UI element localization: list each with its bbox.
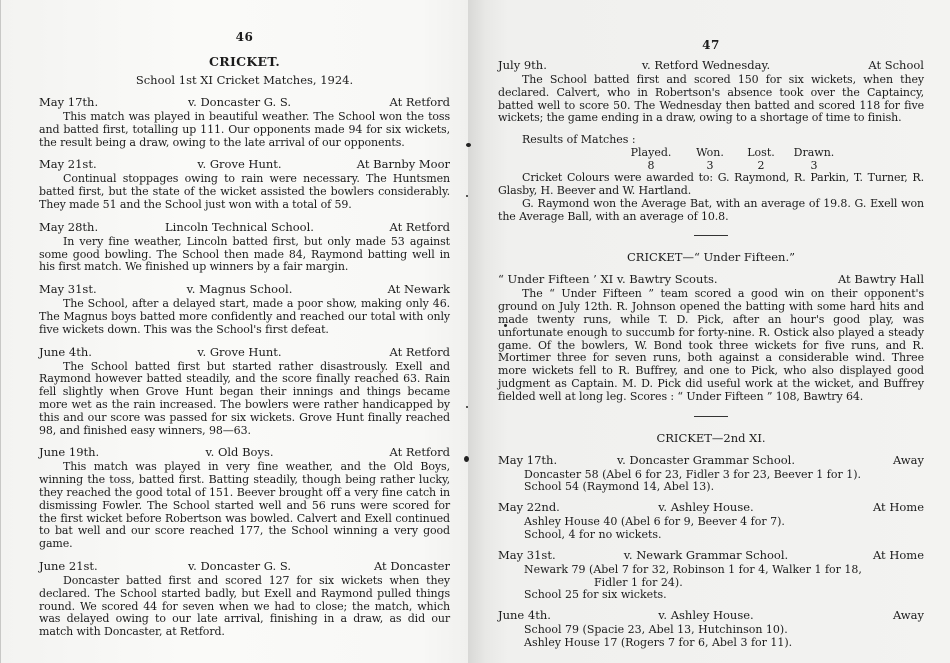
match-date: May 22nd.: [498, 500, 608, 514]
match-venue: At Doncaster: [330, 559, 450, 573]
page-subheading: School 1st XI Cricket Matches, 1924.: [39, 73, 450, 87]
match-venue: At Retford: [330, 345, 450, 359]
match-venue: At Retford: [330, 445, 450, 459]
match-venue: Away: [804, 453, 924, 467]
match-opponent: Lincoln Technical School.: [149, 220, 330, 234]
page-number: 47: [498, 38, 924, 52]
match-date: May 28th.: [39, 220, 149, 234]
match-opponent: v. Doncaster Grammar School.: [608, 453, 804, 467]
score-line: School 25 for six wickets.: [524, 589, 924, 602]
match-opponent: v. Magnus School.: [149, 282, 330, 296]
results-header: Drawn.: [786, 147, 842, 160]
page-heading: CRICKET.: [39, 54, 450, 69]
match-date: July 9th.: [498, 58, 608, 72]
match-report: In very fine weather, Lincoln batted fir…: [39, 236, 450, 274]
match-report: The “ Under Fifteen ” team scored a good…: [498, 288, 924, 403]
match-date: May 17th.: [498, 453, 608, 467]
averages-paragraph: G. Raymond won the Average Bat, with an …: [498, 198, 924, 224]
score-line: Newark 79 (Abel 7 for 32, Robinson 1 for…: [524, 564, 924, 577]
ink-speck: [466, 406, 468, 408]
match-opponent: v. Ashley House.: [608, 608, 804, 622]
section-divider: [694, 416, 728, 417]
ink-speck: [466, 195, 468, 197]
match-date: June 4th.: [498, 608, 608, 622]
match-venue: At Retford: [330, 95, 450, 109]
under-fifteen-heading: CRICKET—“ Under Fifteen.”: [498, 250, 924, 264]
match-date: June 4th.: [39, 345, 149, 359]
second-xi-match: June 4th. v. Ashley House. Away School 7…: [498, 608, 924, 650]
match-opponent: v. Newark Grammar School.: [608, 548, 804, 562]
match-venue: At Retford: [330, 220, 450, 234]
results-header: Won.: [684, 147, 736, 160]
results-label: Results of Matches :: [522, 133, 924, 146]
match-opponent: v. Ashley House.: [608, 500, 804, 514]
match-report: Doncaster batted first and scored 127 fo…: [39, 575, 450, 639]
match-opponent: v. Doncaster G. S.: [149, 559, 330, 573]
score-line: School 54 (Raymond 14, Abel 13).: [524, 481, 924, 494]
match-opponent: v. Grove Hunt.: [149, 157, 330, 171]
book-spread: 46 CRICKET. School 1st XI Cricket Matche…: [0, 0, 950, 663]
second-xi-match: May 31st. v. Newark Grammar School. At H…: [498, 548, 924, 602]
match-venue: At Barnby Moor: [330, 157, 450, 171]
match-opponent: v. Grove Hunt.: [149, 345, 330, 359]
match-report: This match was played in very fine weath…: [39, 461, 450, 551]
match-date: May 31st.: [39, 282, 149, 296]
page-number: 46: [39, 30, 450, 44]
match-entry: July 9th. v. Retford Wednesday. At Schoo…: [498, 58, 924, 125]
match-entry: June 4th. v. Grove Hunt. At Retford The …: [39, 345, 450, 438]
match-venue: At School: [804, 58, 924, 72]
match-entry: June 21st. v. Doncaster G. S. At Doncast…: [39, 559, 450, 639]
match-report: Continual stoppages owing to rain were n…: [39, 173, 450, 211]
match-date: May 21st.: [39, 157, 149, 171]
match-venue: At Home: [804, 500, 924, 514]
match-date: June 21st.: [39, 559, 149, 573]
match-venue: Away: [804, 608, 924, 622]
match-entry: May 17th. v. Doncaster G. S. At Retford …: [39, 95, 450, 149]
match-entry: May 31st. v. Magnus School. At Newark Th…: [39, 282, 450, 336]
ink-speck: [466, 143, 471, 147]
ink-speck: [464, 456, 469, 462]
right-page: 47 July 9th. v. Retford Wednesday. At Sc…: [468, 0, 950, 663]
results-table: Played. Won. Lost. Drawn. 8 3 2 3: [618, 147, 924, 172]
match-date: May 17th.: [39, 95, 149, 109]
match-title: “ Under Fifteen ’ XI v. Bawtry Scouts.: [498, 272, 804, 286]
match-venue: At Bawtry Hall: [804, 272, 924, 286]
second-xi-match: May 22nd. v. Ashley House. At Home Ashle…: [498, 500, 924, 542]
match-entry: June 19th. v. Old Boys. At Retford This …: [39, 445, 450, 551]
section-divider: [694, 235, 728, 236]
match-date: June 19th.: [39, 445, 149, 459]
match-entry: May 28th. Lincoln Technical School. At R…: [39, 220, 450, 274]
match-venue: At Home: [804, 548, 924, 562]
match-opponent: v. Doncaster G. S.: [149, 95, 330, 109]
results-header: Played.: [618, 147, 684, 160]
under-fifteen-match: “ Under Fifteen ’ XI v. Bawtry Scouts. A…: [498, 272, 924, 403]
second-xi-match: May 17th. v. Doncaster Grammar School. A…: [498, 453, 924, 495]
match-entry: May 21st. v. Grove Hunt. At Barnby Moor …: [39, 157, 450, 211]
match-report: This match was played in beautiful weath…: [39, 111, 450, 149]
match-report: The School batted first but started rath…: [39, 361, 450, 438]
match-date: May 31st.: [498, 548, 608, 562]
score-line: Ashley House 17 (Rogers 7 for 6, Abel 3 …: [524, 637, 924, 650]
match-report: The School, after a delayed start, made …: [39, 298, 450, 336]
score-line: School 79 (Spacie 23, Abel 13, Hutchinso…: [524, 624, 924, 637]
ink-speck: [504, 324, 507, 327]
match-venue: At Newark: [330, 282, 450, 296]
colours-paragraph: Cricket Colours were awarded to: G. Raym…: [498, 172, 924, 198]
match-opponent: v. Old Boys.: [149, 445, 330, 459]
second-xi-heading: CRICKET—2nd XI.: [498, 431, 924, 445]
match-opponent: v. Retford Wednesday.: [608, 58, 804, 72]
score-line: School, 4 for no wickets.: [524, 529, 924, 542]
match-report: The School batted first and scored 150 f…: [498, 74, 924, 125]
results-header: Lost.: [736, 147, 786, 160]
left-page: 46 CRICKET. School 1st XI Cricket Matche…: [0, 0, 468, 663]
